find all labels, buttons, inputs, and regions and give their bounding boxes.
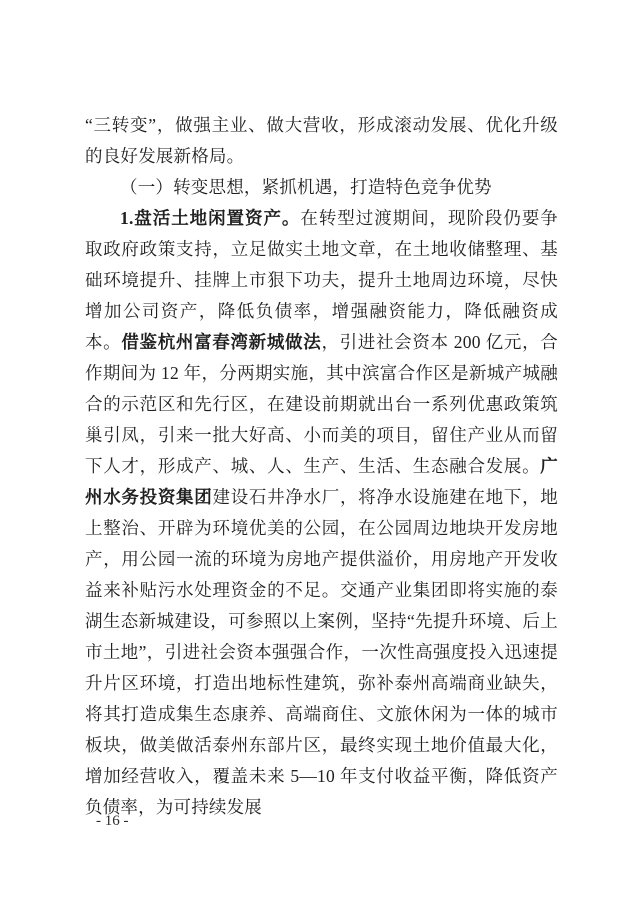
- paragraph-lead-bold: 1.盘活土地闲置资产。: [120, 208, 300, 228]
- paragraph-emphasis-hangzhou: 借鉴杭州富春湾新城做法: [121, 332, 321, 352]
- paragraph-body: 1.盘活土地闲置资产。在转型过渡期间，现阶段仍要争取政府政策支持，立足做实土地文…: [85, 203, 558, 823]
- paragraph-text: 在转型过渡期间，现阶段仍要争取政府政策支持，立足做实土地文章，在土地收储整理、基…: [85, 208, 558, 352]
- paragraph-text: “三转变”，做强主业、做大营收，形成滚动发展、优化升级的良好发展新格局。: [85, 115, 558, 166]
- page-number: - 16 -: [96, 810, 129, 832]
- section-heading: （一）转变思想，紧抓机遇，打造特色竞争优势: [85, 172, 558, 203]
- paragraph-text: 建设石井净水厂，将净水设施建在地下，地上整治、开辟为环境优美的公园，在公园周边地…: [85, 487, 558, 817]
- paragraph-continuation: “三转变”，做强主业、做大营收，形成滚动发展、优化升级的良好发展新格局。: [85, 110, 558, 172]
- paragraph-text: ，引进社会资本 200 亿元，合作期间为 12 年，分两期实施，其中滨富合作区是…: [85, 332, 558, 476]
- section-heading-text: （一）转变思想，紧抓机遇，打造特色竞争优势: [120, 177, 492, 197]
- document-page: “三转变”，做强主业、做大营收，形成滚动发展、优化升级的良好发展新格局。 （一）…: [0, 0, 636, 900]
- document-body: “三转变”，做强主业、做大营收，形成滚动发展、优化升级的良好发展新格局。 （一）…: [85, 110, 558, 823]
